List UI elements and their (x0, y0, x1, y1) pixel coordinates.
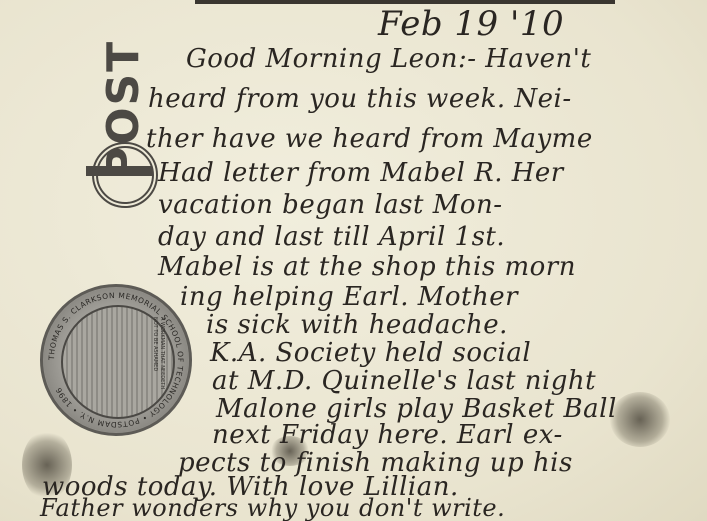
message-line: K.A. Society held social (210, 338, 531, 368)
message-line: ther have we heard from Mayme (146, 124, 593, 154)
postcard: POST THOMAS S. CLARKSON MEMORIAL SCHOOL … (0, 0, 707, 521)
message-line: ing helping Earl. Mother (180, 282, 518, 312)
message-line: next Friday here. Earl ex- (212, 420, 563, 450)
message-line: day and last till April 1st. (158, 222, 505, 252)
message-line: Had letter from Mabel R. Her (158, 158, 564, 188)
message-line: Mabel is at the shop this morn (158, 252, 576, 282)
date: Feb 19 '10 (378, 4, 564, 44)
message-line: Father wonders why you don't write. (40, 494, 505, 521)
message-line: at M.D. Quinelle's last night (212, 366, 596, 396)
message-line: is sick with headache. (206, 310, 508, 340)
handwritten-message: Feb 19 '10 Good Morning Leon:- Haven't h… (0, 0, 707, 521)
message-line: vacation began last Mon- (158, 190, 503, 220)
message-line: heard from you this week. Nei- (148, 84, 572, 114)
message-line: Good Morning Leon:- Haven't (186, 44, 591, 74)
